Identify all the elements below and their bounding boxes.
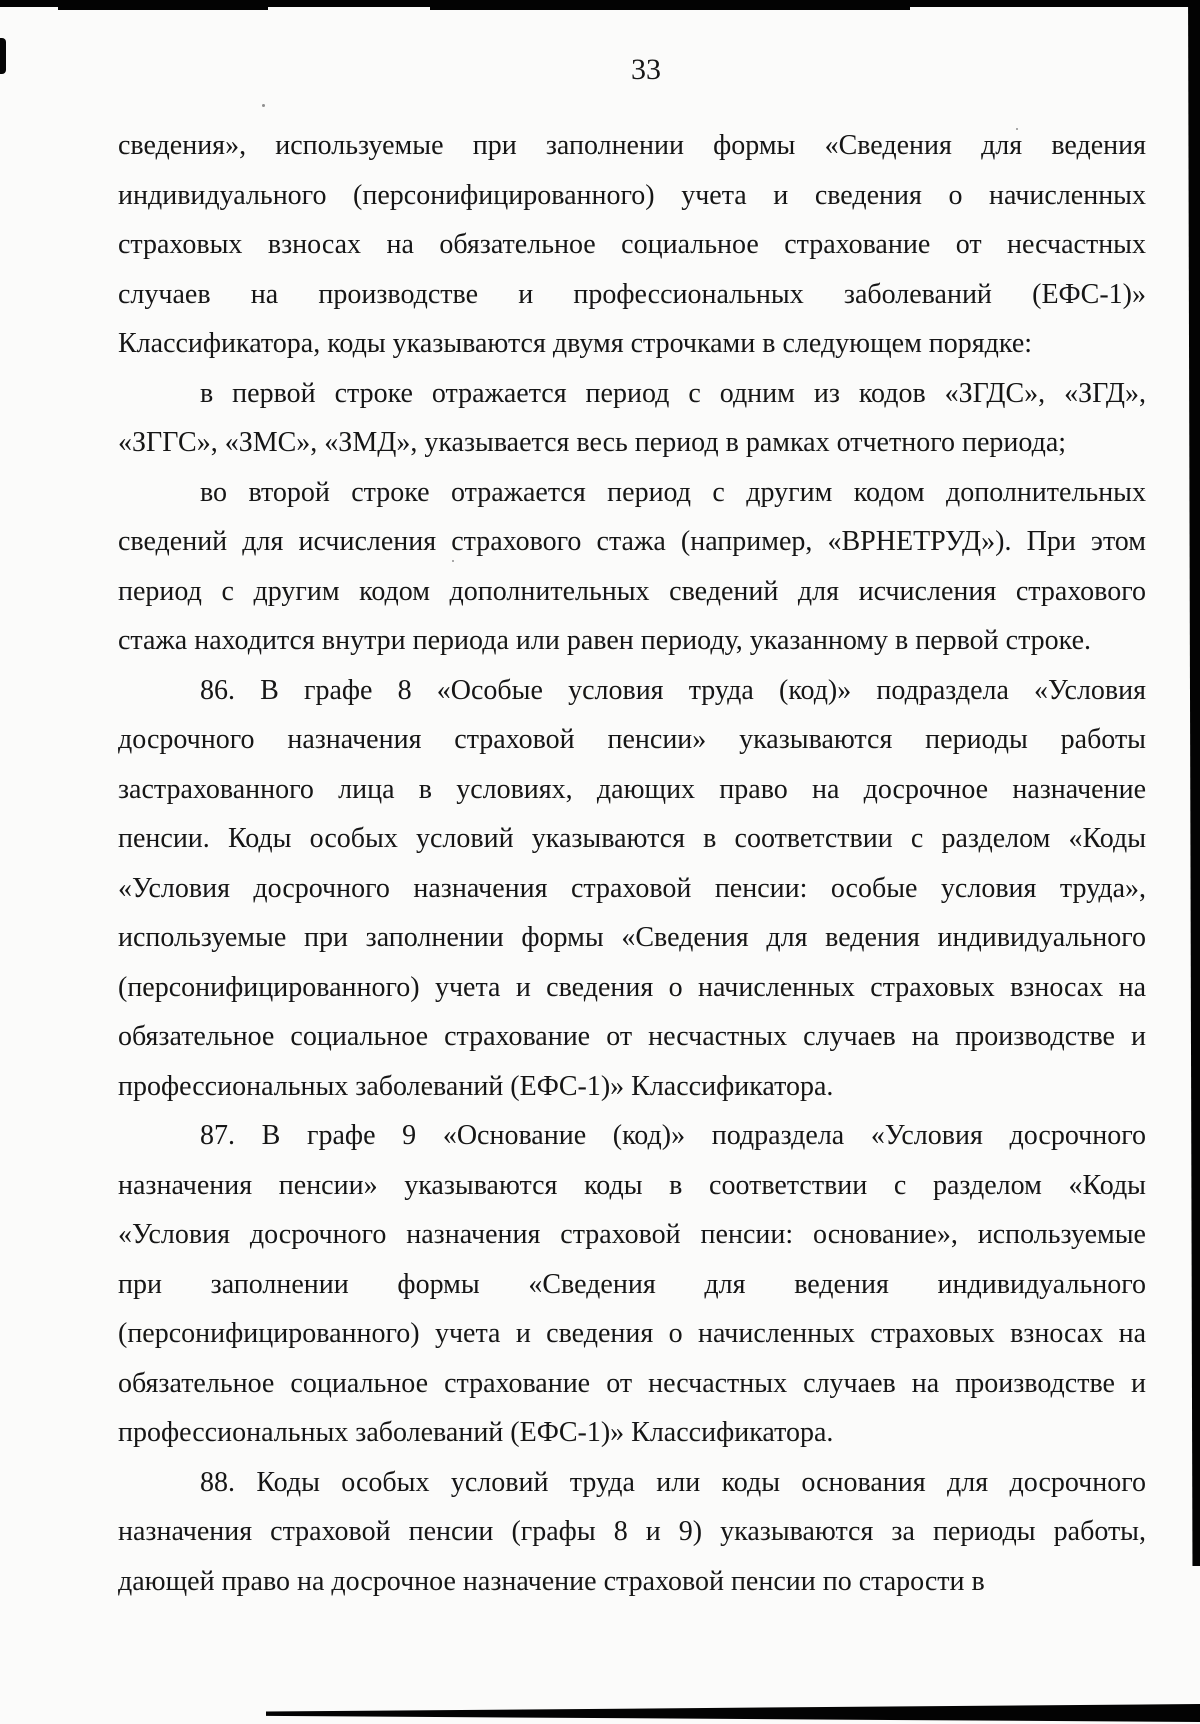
scan-edge-top — [0, 0, 1200, 7]
text-line: период с другим кодом дополнительных све… — [118, 567, 1146, 617]
text-line: назначения страховой пенсии (графы 8 и 9… — [118, 1507, 1146, 1557]
text-line: обязательное социальное страхование от н… — [118, 1359, 1146, 1409]
scan-edge-bottom — [266, 1704, 1200, 1722]
text-line: (персонифицированного) учета и сведения … — [118, 963, 1146, 1013]
scan-speck — [262, 104, 265, 107]
text-line: «Условия досрочного назначения страховой… — [118, 864, 1146, 914]
text-line: во второй строке отражается период с дру… — [118, 468, 1146, 518]
text-line: обязательное социальное страхование от н… — [118, 1012, 1146, 1062]
text-line: 86. В графе 8 «Особые условия труда (код… — [118, 666, 1146, 716]
scanned-document-page: 33 сведения», используемые при заполнени… — [0, 0, 1200, 1724]
text-line: (персонифицированного) учета и сведения … — [118, 1309, 1146, 1359]
text-line: сведения», используемые при заполнении ф… — [118, 121, 1146, 171]
text-line: 87. В графе 9 «Основание (код)» подразде… — [118, 1111, 1146, 1161]
text-line: страховых взносах на обязательное социал… — [118, 220, 1146, 270]
text-line: в первой строке отражается период с одни… — [118, 369, 1146, 419]
text-line: случаев на производстве и профессиональн… — [118, 270, 1146, 320]
text-line: досрочного назначения страховой пенсии» … — [118, 715, 1146, 765]
text-line: сведений для исчисления страхового стажа… — [118, 517, 1146, 567]
text-line: при заполнении формы «Сведения для веден… — [118, 1260, 1146, 1310]
scan-mark-left — [0, 38, 6, 74]
text-line: назначения пенсии» указываются коды в со… — [118, 1161, 1146, 1211]
text-line: застрахованного лица в условиях, дающих … — [118, 765, 1146, 815]
document-body: сведения», используемые при заполнении ф… — [118, 121, 1146, 1606]
text-line: профессиональных заболеваний (ЕФС-1)» Кл… — [118, 1408, 1146, 1458]
text-line: дающей право на досрочное назначение стр… — [118, 1557, 1146, 1607]
text-line: Классификатора, коды указываются двумя с… — [118, 319, 1146, 369]
text-line: «Условия досрочного назначения страховой… — [118, 1210, 1146, 1260]
text-line: пенсии. Коды особых условий указываются … — [118, 814, 1146, 864]
text-line: используемые при заполнении формы «Сведе… — [118, 913, 1146, 963]
text-line: стажа находится внутри периода или равен… — [118, 616, 1146, 666]
text-line: индивидуального (персонифицированного) у… — [118, 171, 1146, 221]
text-line: профессиональных заболеваний (ЕФС-1)» Кл… — [118, 1062, 1146, 1112]
scan-edge-right — [1187, 0, 1200, 1566]
text-line: «ЗГГС», «ЗМС», «ЗМД», указывается весь п… — [118, 418, 1146, 468]
text-line: 88. Коды особых условий труда или коды о… — [118, 1458, 1146, 1508]
page-number: 33 — [140, 52, 1152, 88]
